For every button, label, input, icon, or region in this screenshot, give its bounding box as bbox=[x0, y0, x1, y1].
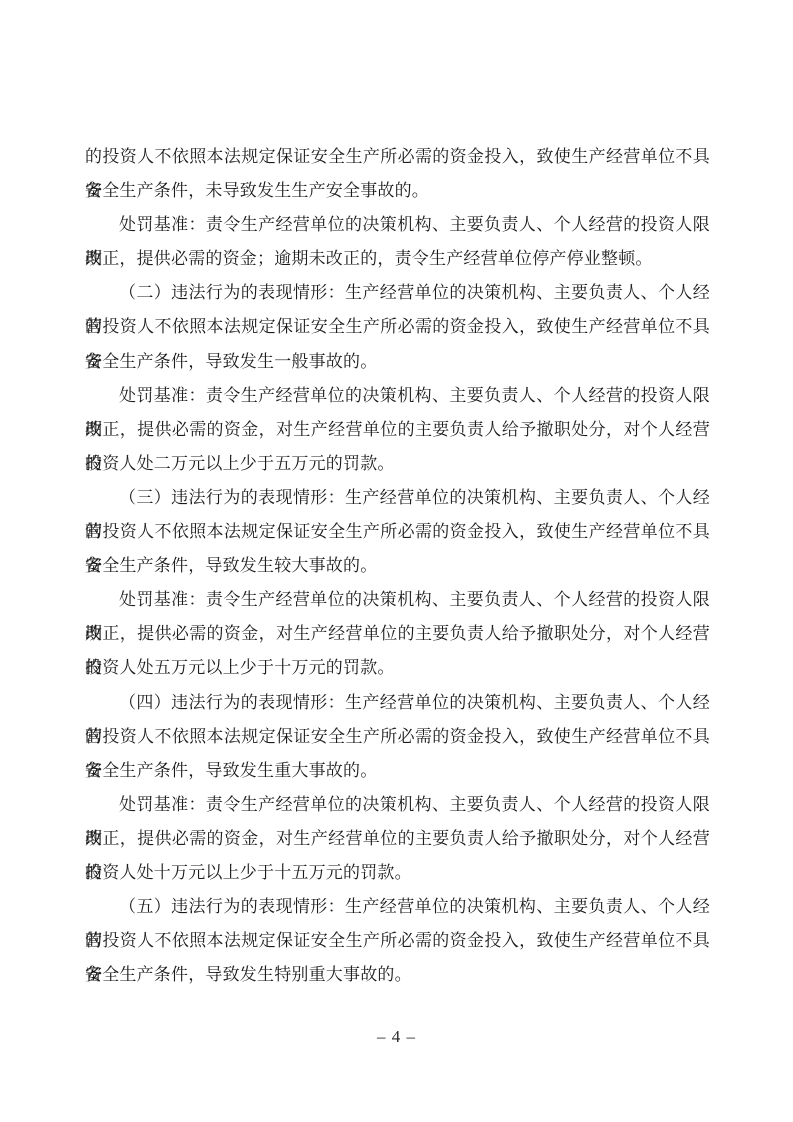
text-line: 安全生产条件，导致发生一般事故的。 bbox=[85, 345, 710, 379]
text-line: （二）违法行为的表现情形：生产经营单位的决策机构、主要负责人、个人经营 bbox=[85, 276, 710, 310]
text-line: 改正，提供必需的资金，对生产经营单位的主要负责人给予撤职处分，对个人经营的 bbox=[85, 822, 710, 856]
text-line: 安全生产条件，导致发生特别重大事故的。 bbox=[85, 958, 710, 992]
document-page: 的投资人不依照本法规定保证安全生产所必需的资金投入，致使生产经营单位不具备 安全… bbox=[0, 0, 793, 1122]
text-line: 的投资人不依照本法规定保证安全生产所必需的资金投入，致使生产经营单位不具备 bbox=[85, 515, 710, 549]
text-line: （四）违法行为的表现情形：生产经营单位的决策机构、主要负责人、个人经营 bbox=[85, 686, 710, 720]
text-line: （五）违法行为的表现情形：生产经营单位的决策机构、主要负责人、个人经营 bbox=[85, 890, 710, 924]
text-line: 投资人处二万元以上少于五万元的罚款。 bbox=[85, 447, 710, 481]
text-line: 处罚基准：责令生产经营单位的决策机构、主要负责人、个人经营的投资人限期 bbox=[85, 379, 710, 413]
text-line: 处罚基准：责令生产经营单位的决策机构、主要负责人、个人经营的投资人限期 bbox=[85, 583, 710, 617]
text-line: 安全生产条件，导致发生较大事故的。 bbox=[85, 549, 710, 583]
text-line: 的投资人不依照本法规定保证安全生产所必需的资金投入，致使生产经营单位不具备 bbox=[85, 310, 710, 344]
text-line: （三）违法行为的表现情形：生产经营单位的决策机构、主要负责人、个人经营 bbox=[85, 481, 710, 515]
text-line: 改正，提供必需的资金，对生产经营单位的主要负责人给予撤职处分，对个人经营的 bbox=[85, 413, 710, 447]
text-line: 处罚基准：责令生产经营单位的决策机构、主要负责人、个人经营的投资人限期 bbox=[85, 208, 710, 242]
text-line: 的投资人不依照本法规定保证安全生产所必需的资金投入，致使生产经营单位不具备 bbox=[85, 140, 710, 174]
text-line: 投资人处五万元以上少于十万元的罚款。 bbox=[85, 651, 710, 685]
text-line: 处罚基准：责令生产经营单位的决策机构、主要负责人、个人经营的投资人限期 bbox=[85, 788, 710, 822]
text-line: 的投资人不依照本法规定保证安全生产所必需的资金投入，致使生产经营单位不具备 bbox=[85, 924, 710, 958]
document-body: 的投资人不依照本法规定保证安全生产所必需的资金投入，致使生产经营单位不具备 安全… bbox=[85, 140, 710, 992]
text-line: 的投资人不依照本法规定保证安全生产所必需的资金投入，致使生产经营单位不具备 bbox=[85, 720, 710, 754]
text-line: 安全生产条件，未导致发生生产安全事故的。 bbox=[85, 174, 710, 208]
text-line: 投资人处十万元以上少于十五万元的罚款。 bbox=[85, 856, 710, 890]
page-number: – 4 – bbox=[0, 1026, 793, 1048]
text-line: 改正，提供必需的资金，对生产经营单位的主要负责人给予撤职处分，对个人经营的 bbox=[85, 617, 710, 651]
text-line: 改正，提供必需的资金；逾期未改正的，责令生产经营单位停产停业整顿。 bbox=[85, 242, 710, 276]
text-line: 安全生产条件，导致发生重大事故的。 bbox=[85, 754, 710, 788]
